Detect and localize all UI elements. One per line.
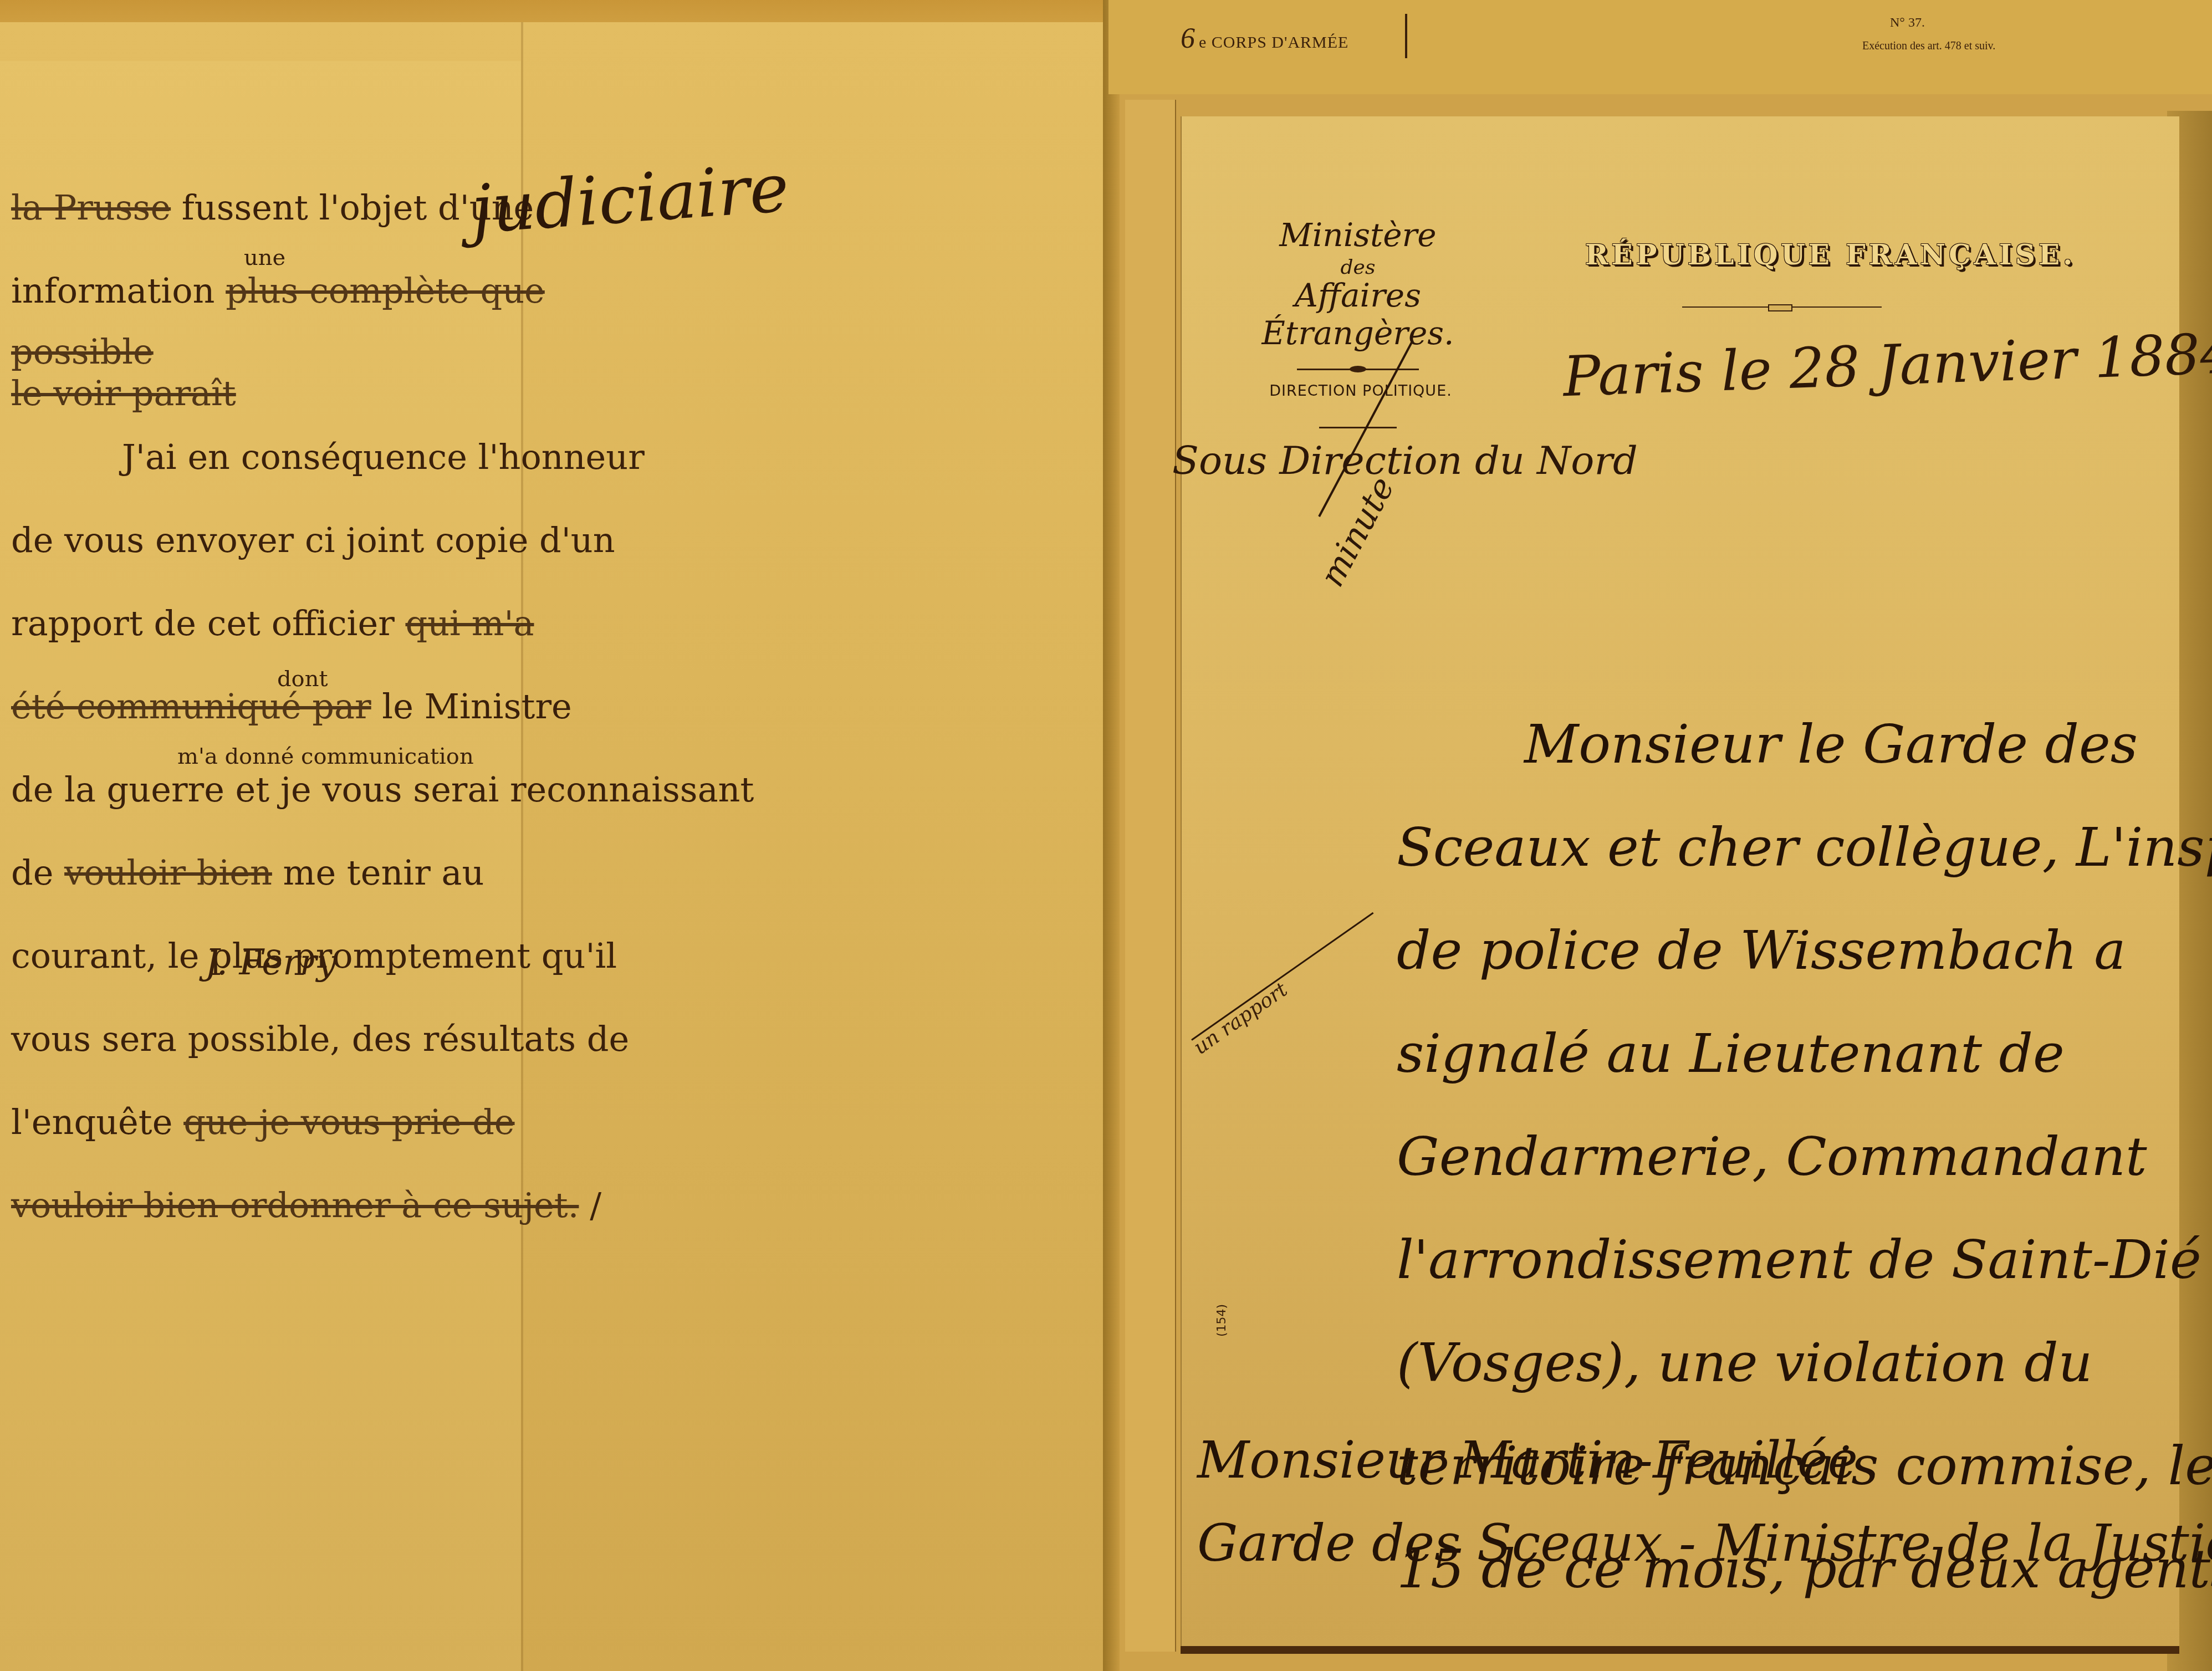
draft-line: vous sera possible, des résultats de xyxy=(11,998,732,1081)
form-number: N° 37. xyxy=(1890,16,1925,30)
draft-line: l'enquête que je vous prie de xyxy=(11,1081,732,1164)
ornament-rule xyxy=(1297,369,1419,370)
direction-label: DIRECTION POLITIQUE. xyxy=(1236,382,1485,400)
draft-line: courant, le plus promptement qu'il xyxy=(11,914,732,998)
rule xyxy=(1319,427,1397,428)
draft-text: la Prusse fussent l'objet d'une informat… xyxy=(11,166,732,1247)
ministry-letterhead: Ministère des Affaires Étrangères. xyxy=(1219,216,1496,370)
folio-number: (154) xyxy=(1215,1304,1229,1337)
body-line: l'arrondissement de Saint-Dié xyxy=(1397,1208,2173,1311)
draft-line: possible xyxy=(11,333,732,371)
ornament-rule xyxy=(1682,306,1882,308)
body-line: Gendarmerie, Commandant xyxy=(1397,1105,2173,1208)
draft-line: J'ai en conséquence l'honneur xyxy=(11,416,732,499)
execution-label: Exécution des art. 478 et suiv. xyxy=(1862,40,1995,53)
draft-line: le voir paraît xyxy=(11,371,732,416)
draft-line: de vouloir bien me tenir au xyxy=(11,831,732,914)
body-line: Sceaux et cher collègue, L'inspecteur xyxy=(1397,796,2173,899)
body-line: signalé au Lieutenant de xyxy=(1397,1002,2173,1105)
body-line: Monsieur le Garde des xyxy=(1397,693,2173,796)
draft-line: rapport de cet officier qui m'a xyxy=(11,582,732,665)
draft-line: de la guerre et je vous serai reconnaiss… xyxy=(11,748,732,831)
divider xyxy=(1405,14,1407,58)
draft-line: information plus complète que une xyxy=(11,249,732,333)
body-line: de police de Wissembach a xyxy=(1397,899,2173,1002)
draft-line: de vous envoyer ci joint copie d'un xyxy=(11,499,732,582)
republic-heading: RÉPUBLIQUE FRANÇAISE. xyxy=(1585,238,2076,271)
binding-spine xyxy=(1103,0,1120,1671)
sheet-edge xyxy=(1125,100,1176,1652)
body-line: (Vosges), une violation du xyxy=(1397,1311,2173,1414)
draft-line: vouloir bien ordonner à ce sujet. / xyxy=(11,1164,732,1247)
sous-direction: Sous Direction du Nord xyxy=(1172,438,1638,483)
addressee: Monsieur Martin-Feuillée Garde des Sceau… xyxy=(1197,1419,2212,1585)
signature-ferry: J. Ferry xyxy=(205,942,337,983)
draft-line: été communiqué par le Ministre dont m'a … xyxy=(11,665,732,748)
corps-armee-label: 6e CORPS D'ARMÉE xyxy=(1181,22,1348,55)
